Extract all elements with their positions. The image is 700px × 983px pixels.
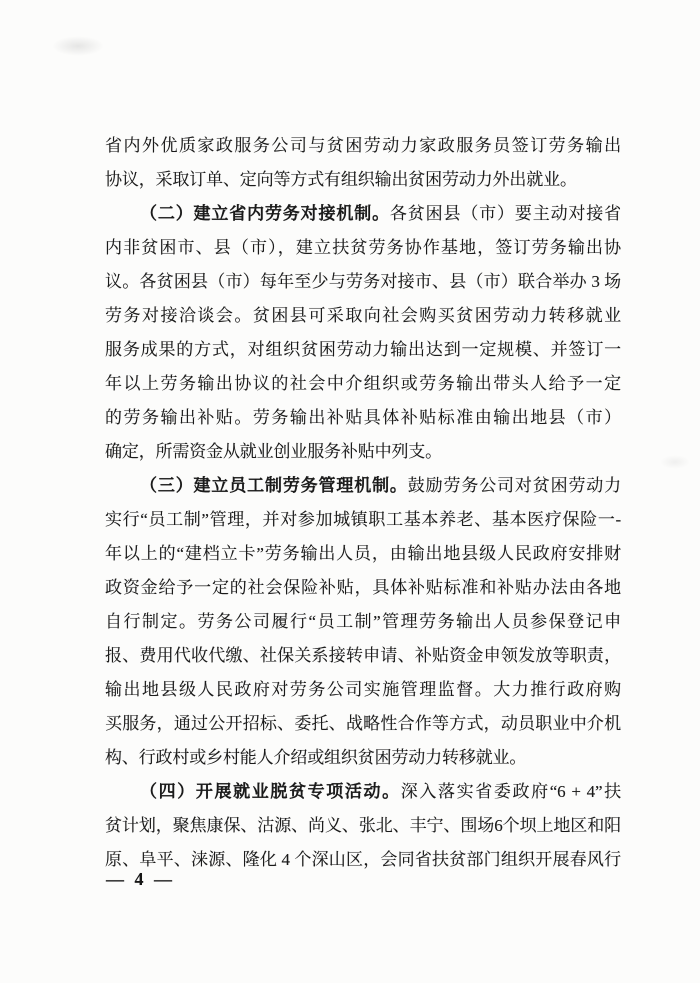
text-line: （二）建立省内劳务对接机制。各贫困县（市）要主动对接省 <box>105 197 621 231</box>
text-line: 劳务对接洽谈会。贫困县可采取向社会购买贫困劳动力转移就业 <box>105 299 621 333</box>
text-line: （四）开展就业脱贫专项活动。深入落实省委政府“6 + 4”扶 <box>105 775 621 809</box>
scan-artifact-smudge <box>52 36 104 56</box>
text-line: 年以上的“建档立卡”劳务输出人员，由输出地县级人民政府安排财 <box>105 537 621 571</box>
page-number: — 4 — <box>106 866 175 892</box>
text-run: 各贫困县（市）要主动对接省 <box>390 204 621 223</box>
text-line: 自行制定。劳务公司履行“员工制”管理劳务输出人员参保登记申 <box>105 605 621 639</box>
scanned-document-page: 省内外优质家政服务公司与贫困劳动力家政服务员签订劳务输出 协议，采取订单、定向等… <box>0 0 700 983</box>
text-run: 深入落实省委政府“6 + 4”扶 <box>401 782 621 801</box>
text-line: 确定，所需资金从就业创业服务补贴中列支。 <box>105 435 621 469</box>
text-line: 政资金给予一定的社会保险补贴，具体补贴标准和补贴办法由各地 <box>105 571 621 605</box>
section-heading: （四）开展就业脱贫专项活动。 <box>140 782 401 801</box>
text-line: 报、费用代收代缴、社保关系接转申请、补贴资金申领发放等职责， <box>105 639 621 673</box>
text-line: （三）建立员工制劳务管理机制。鼓励劳务公司对贫困劳动力 <box>105 469 621 503</box>
text-line: 输出地县级人民政府对劳务公司实施管理监督。大力推行政府购 <box>105 673 621 707</box>
text-line: 买服务，通过公开招标、委托、战略性合作等方式，动员职业中介机 <box>105 707 621 741</box>
text-line: 议。各贫困县（市）每年至少与劳务对接市、县（市）联合举办 3 场 <box>105 265 621 299</box>
text-line: 原、阜平、涞源、隆化 4 个深山区，会同省扶贫部门组织开展春风行 <box>105 843 621 877</box>
text-line: 构、行政村或乡村能人介绍或组织贫困劳动力转移就业。 <box>105 741 621 775</box>
text-line: 的劳务输出补贴。劳务输出补贴具体补贴标准由输出地县（市） <box>105 401 621 435</box>
text-line: 省内外优质家政服务公司与贫困劳动力家政服务员签订劳务输出 <box>105 129 621 163</box>
section-heading: （三）建立员工制劳务管理机制。 <box>140 476 408 495</box>
text-line: 贫计划，聚焦康保、沽源、尚义、张北、丰宁、围场6个坝上地区和阳 <box>105 809 621 843</box>
text-line: 实行“员工制”管理，并对参加城镇职工基本养老、基本医疗保险一- <box>105 503 621 537</box>
scan-artifact-speck <box>660 455 690 469</box>
text-line: 内非贫困市、县（市），建立扶贫劳务协作基地，签订劳务输出协 <box>105 231 621 265</box>
text-line: 协议，采取订单、定向等方式有组织输出贫困劳动力外出就业。 <box>105 163 621 197</box>
document-body: 省内外优质家政服务公司与贫困劳动力家政服务员签订劳务输出 协议，采取订单、定向等… <box>105 129 621 877</box>
section-heading: （二）建立省内劳务对接机制。 <box>140 204 390 223</box>
text-run: 鼓励劳务公司对贫困劳动力 <box>408 476 621 495</box>
text-line: 服务成果的方式，对组织贫困劳动力输出达到一定规模、并签订一 <box>105 333 621 367</box>
text-line: 年以上劳务输出协议的社会中介组织或劳务输出带头人给予一定 <box>105 367 621 401</box>
